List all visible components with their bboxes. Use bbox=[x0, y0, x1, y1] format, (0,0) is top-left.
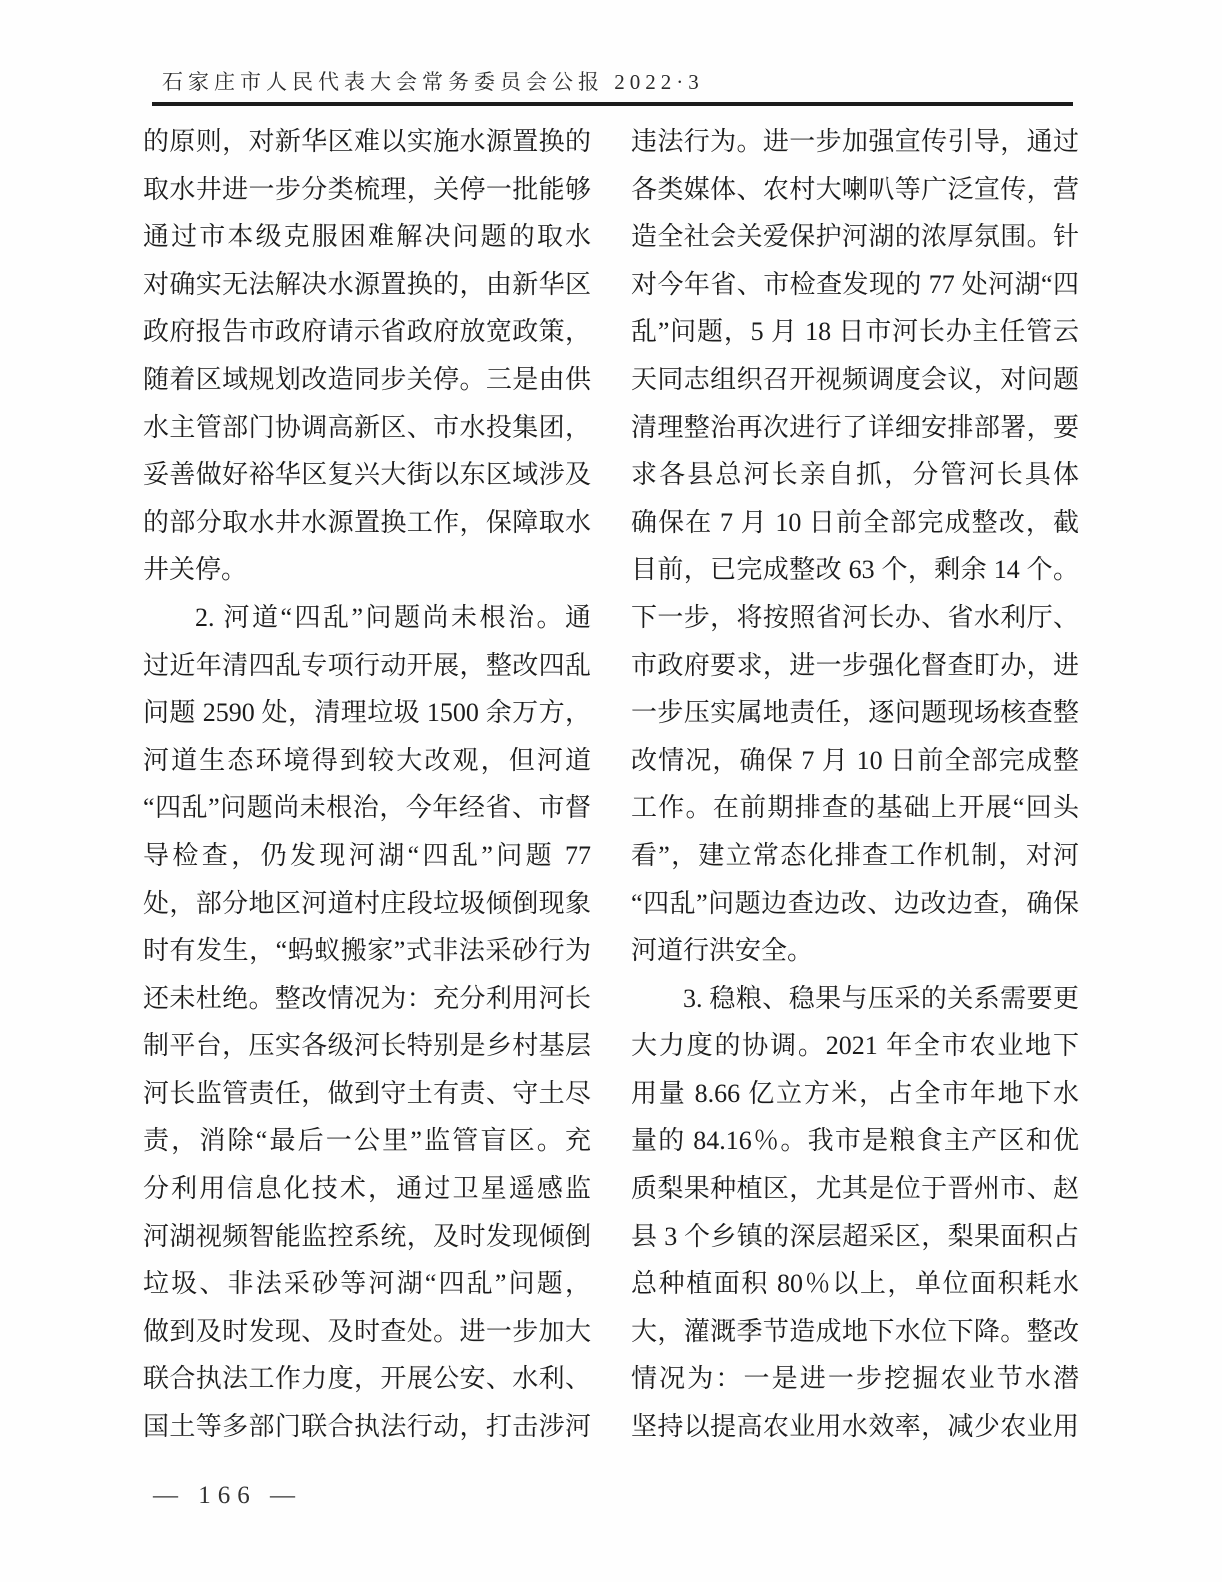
text-line: 做到及时发现、及时查处。进一步加大 bbox=[143, 1308, 591, 1356]
text-line: 对确实无法解决水源置换的，由新华区 bbox=[143, 261, 591, 309]
text-line: 时有发生，“蚂蚁搬家”式非法采砂行为 bbox=[143, 927, 591, 975]
text-line: 河长监管责任，做到守土有责、守土尽 bbox=[143, 1070, 591, 1118]
text-line: 看”，建立常态化排查工作机制，对河湖 bbox=[631, 832, 1079, 880]
text-line: “四乱”问题边查边改、边改边查，确保 bbox=[631, 880, 1079, 928]
text-line: 清理整治再次进行了详细安排部署，要 bbox=[631, 404, 1079, 452]
text-line: 井关停。 bbox=[143, 546, 591, 594]
left-column: 的原则，对新华区难以实施水源置换的取水井进一步分类梳理，关停一批能够通过市本级克… bbox=[143, 118, 591, 1451]
text-line: 总种植面积 80％以上，单位面积耗水量 bbox=[631, 1260, 1079, 1308]
text-line: 目前，已完成整改 63 个，剩余 14 个。 bbox=[631, 546, 1079, 594]
text-line: 河道行洪安全。 bbox=[631, 927, 1079, 975]
text-line: 随着区域规划改造同步关停。三是由供 bbox=[143, 356, 591, 404]
text-line: 2. 河道“四乱”问题尚未根治。通 bbox=[143, 594, 591, 642]
text-line: 改情况，确保 7 月 10 日前全部完成整改 bbox=[631, 737, 1079, 785]
text-line: 一步压实属地责任，逐问题现场核查整 bbox=[631, 689, 1079, 737]
text-line: 下一步，将按照省河长办、省水利厅、 bbox=[631, 594, 1079, 642]
text-line: 违法行为。进一步加强宣传引导，通过 bbox=[631, 118, 1079, 166]
text-line: 3. 稳粮、稳果与压采的关系需要更 bbox=[631, 975, 1079, 1023]
text-line: 过近年清四乱专项行动开展，整改四乱 bbox=[143, 642, 591, 690]
text-line: 量的 84.16％。我市是粮食主产区和优 bbox=[631, 1117, 1079, 1165]
text-line: 分利用信息化技术，通过卫星遥感监测、 bbox=[143, 1165, 591, 1213]
text-line: 的部分取水井水源置换工作，保障取水 bbox=[143, 499, 591, 547]
page-footer: — 166 — bbox=[153, 1482, 302, 1510]
document-page: 石家庄市人民代表大会常务委员会公报 2022·3 的原则，对新华区难以实施水源置… bbox=[0, 0, 1222, 1582]
text-line: 还未杜绝。整改情况为：充分利用河长 bbox=[143, 975, 591, 1023]
text-line: 工作。在前期排查的基础上开展“回头 bbox=[631, 784, 1079, 832]
text-line: 水主管部门协调高新区、市水投集团， bbox=[143, 404, 591, 452]
text-line: 用量 8.66 亿立方米，占全市年地下水用 bbox=[631, 1070, 1079, 1118]
text-line: 的原则，对新华区难以实施水源置换的 bbox=[143, 118, 591, 166]
text-line: 大，灌溉季节造成地下水位下降。整改 bbox=[631, 1308, 1079, 1356]
text-columns: 的原则，对新华区难以实施水源置换的取水井进一步分类梳理，关停一批能够通过市本级克… bbox=[143, 118, 1079, 1451]
text-line: 坚持以提高农业用水效率，减少农业用 bbox=[631, 1403, 1079, 1451]
text-line: 问题 2590 处，清理垃圾 1500 余万方， bbox=[143, 689, 591, 737]
text-line: 对今年省、市检查发现的 77 处河湖“四 bbox=[631, 261, 1079, 309]
text-line: 质梨果种植区，尤其是位于晋州市、赵 bbox=[631, 1165, 1079, 1213]
text-line: 河湖视频智能监控系统，及时发现倾倒 bbox=[143, 1213, 591, 1261]
page-number: — 166 — bbox=[153, 1482, 302, 1509]
right-column: 违法行为。进一步加强宣传引导，通过各类媒体、农村大喇叭等广泛宣传，营造全社会关爱… bbox=[631, 118, 1079, 1451]
text-line: 求各县总河长亲自抓，分管河长具体抓， bbox=[631, 451, 1079, 499]
text-line: 垃圾、非法采砂等河湖“四乱”问题， bbox=[143, 1260, 591, 1308]
header-title: 石家庄市人民代表大会常务委员会公报 2022·3 bbox=[162, 66, 704, 96]
text-line: 县 3 个乡镇的深层超采区，梨果面积占 bbox=[631, 1213, 1079, 1261]
text-line: 政府报告市政府请示省政府放宽政策， bbox=[143, 308, 591, 356]
text-line: 大力度的协调。2021 年全市农业地下水 bbox=[631, 1022, 1079, 1070]
text-line: “四乱”问题尚未根治，今年经省、市督 bbox=[143, 784, 591, 832]
text-line: 国土等多部门联合执法行动，打击涉河 bbox=[143, 1403, 591, 1451]
text-line: 通过市本级克服困难解决问题的取水井， bbox=[143, 213, 591, 261]
text-line: 责，消除“最后一公里”监管盲区。充 bbox=[143, 1117, 591, 1165]
text-line: 造全社会关爱保护河湖的浓厚氛围。针 bbox=[631, 213, 1079, 261]
text-line: 确保在 7 月 10 日前全部完成整改，截至 bbox=[631, 499, 1079, 547]
header-rule bbox=[152, 102, 1073, 106]
text-line: 取水井进一步分类梳理，关停一批能够 bbox=[143, 166, 591, 214]
text-line: 天同志组织召开视频调度会议，对问题 bbox=[631, 356, 1079, 404]
text-line: 乱”问题，5 月 18 日市河长办主任管云 bbox=[631, 308, 1079, 356]
text-line: 河道生态环境得到较大改观，但河道 bbox=[143, 737, 591, 785]
text-line: 处，部分地区河道村庄段垃圾倾倒现象 bbox=[143, 880, 591, 928]
text-line: 情况为：一是进一步挖掘农业节水潜力。 bbox=[631, 1355, 1079, 1403]
text-line: 市政府要求，进一步强化督查盯办，进 bbox=[631, 642, 1079, 690]
text-line: 联合执法工作力度，开展公安、水利、 bbox=[143, 1355, 591, 1403]
text-line: 制平台，压实各级河长特别是乡村基层 bbox=[143, 1022, 591, 1070]
text-line: 各类媒体、农村大喇叭等广泛宣传，营 bbox=[631, 166, 1079, 214]
text-line: 导检查，仍发现河湖“四乱”问题 77 bbox=[143, 832, 591, 880]
text-line: 妥善做好裕华区复兴大街以东区域涉及 bbox=[143, 451, 591, 499]
